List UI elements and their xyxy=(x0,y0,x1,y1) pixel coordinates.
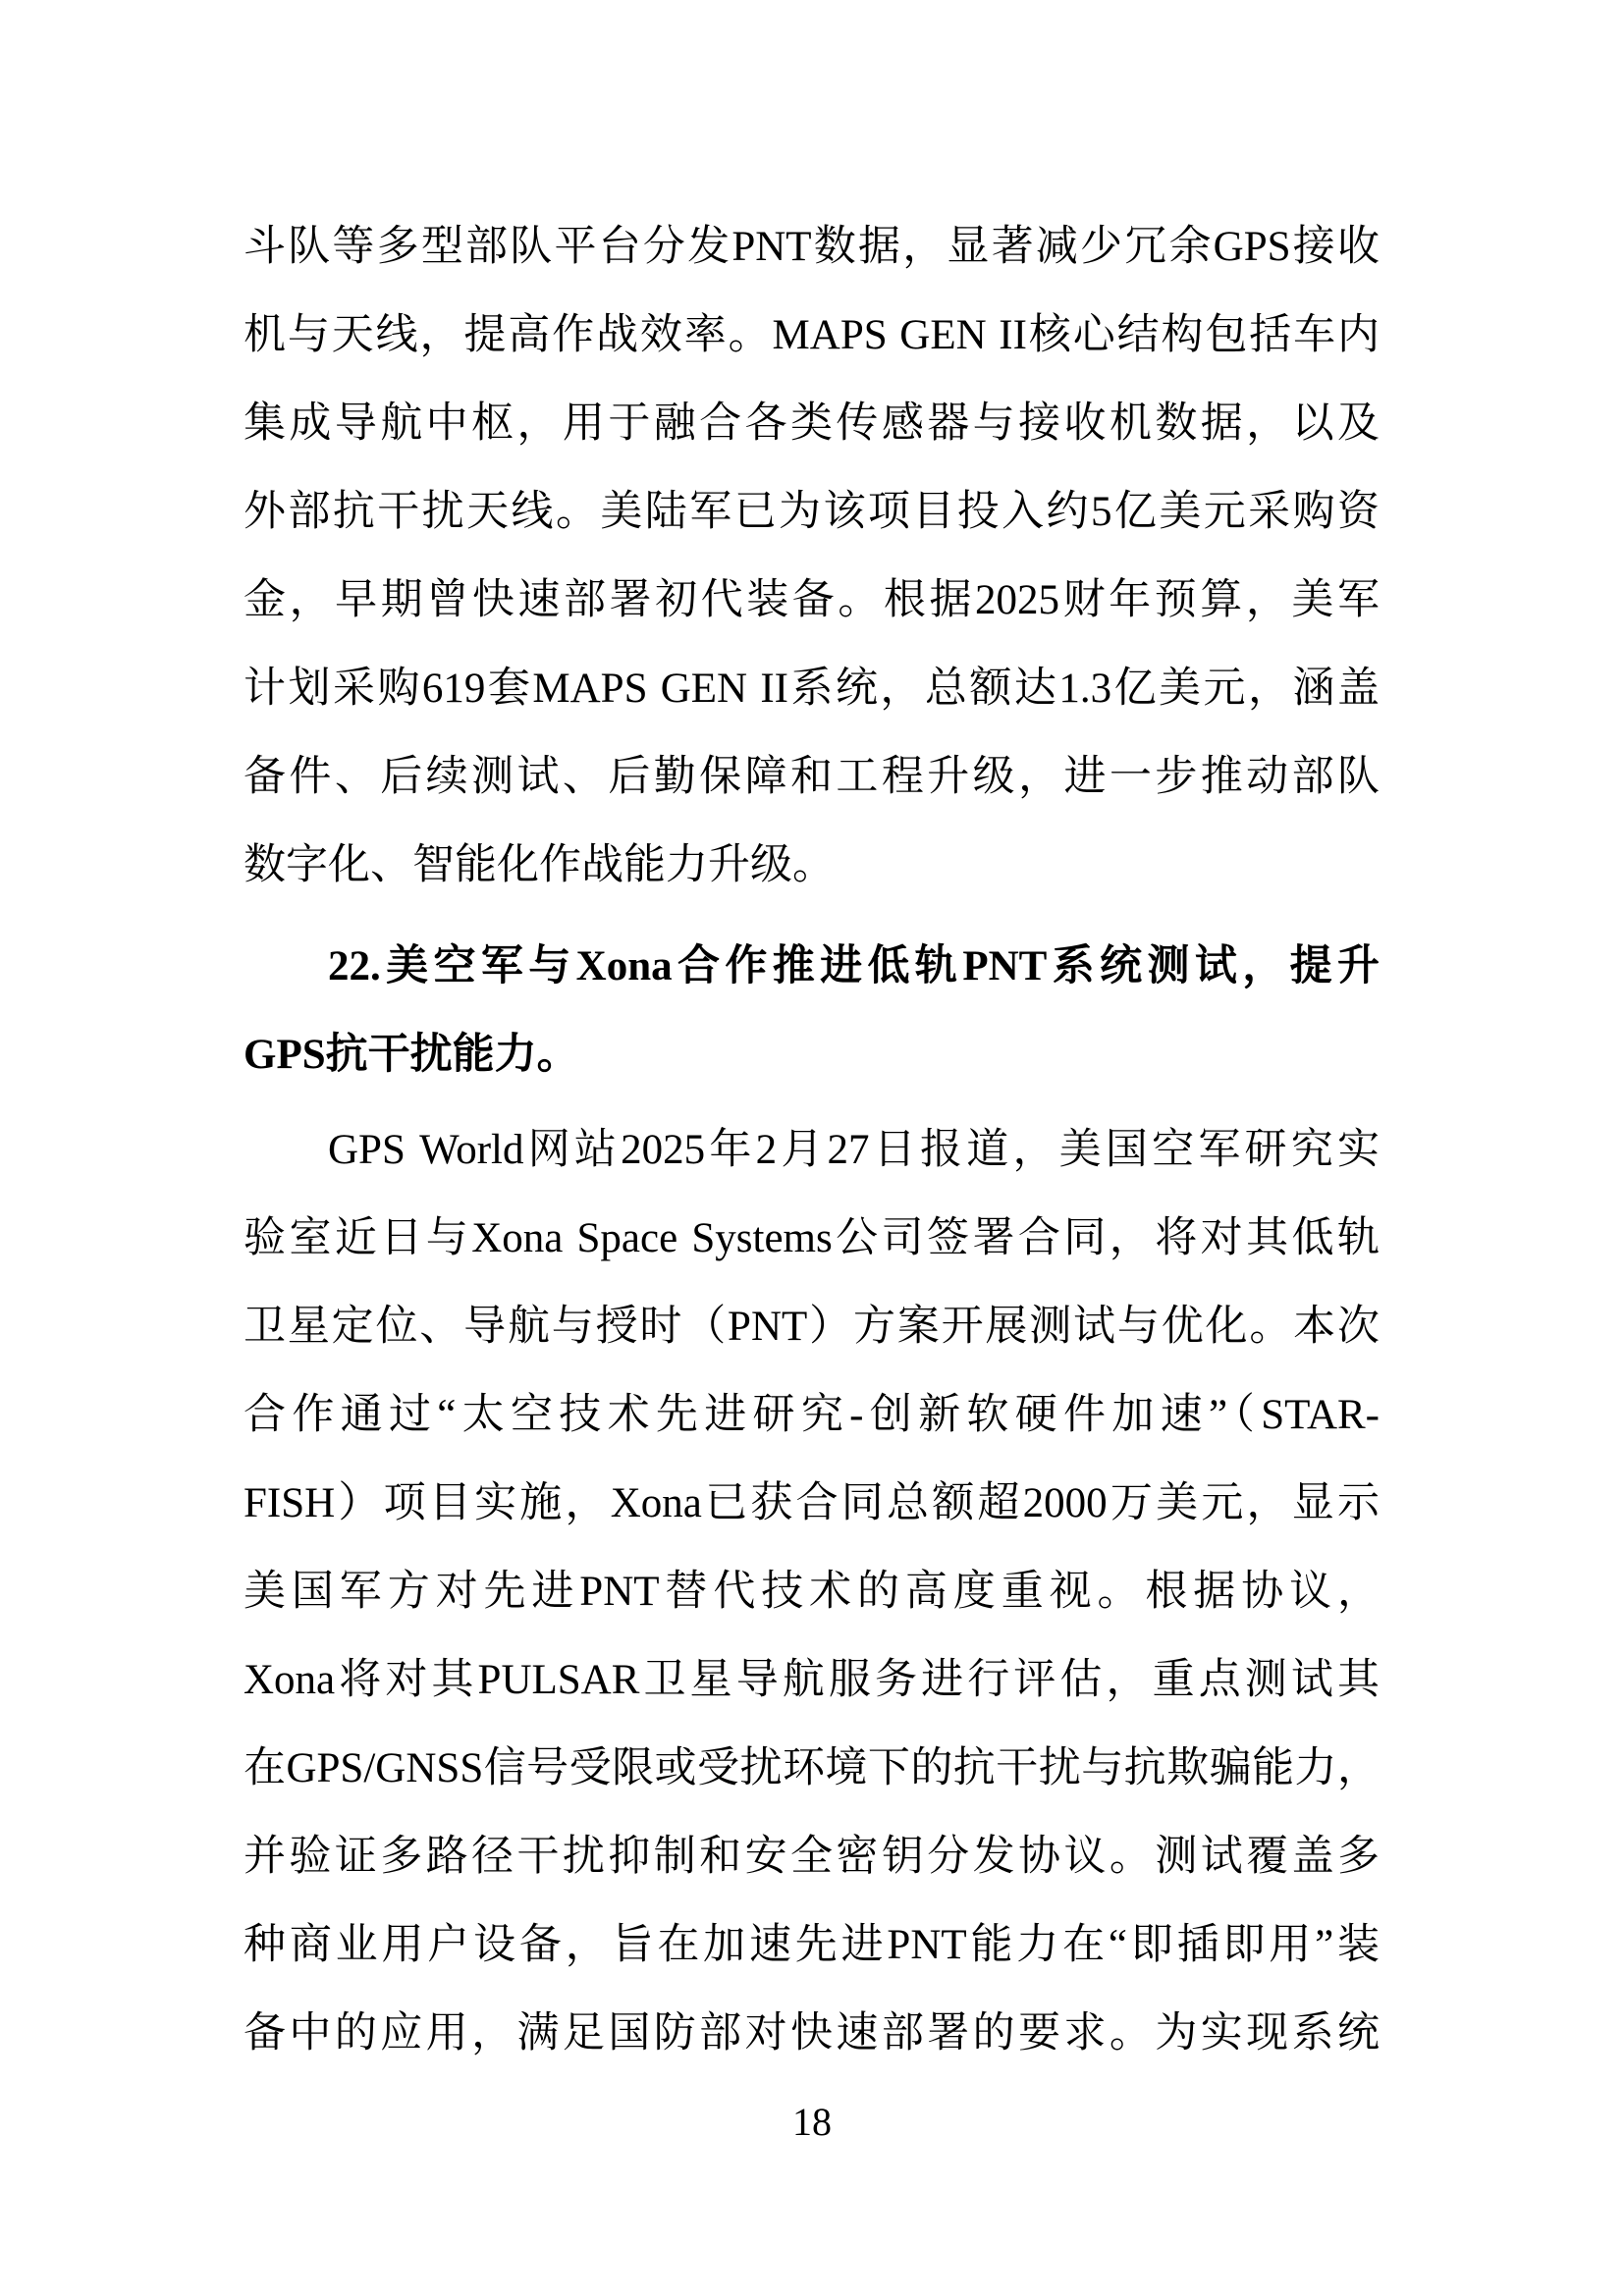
text-line: 外部抗干扰天线。美陆军已为该项目投入约5亿美元采购资 xyxy=(244,468,1380,557)
paragraph-continued: 斗队等多型部队平台分发PNT数据，显著减少冗余GPS接收 机与天线，提高作战效率… xyxy=(244,203,1380,910)
text-line: 备件、后续测试、后勤保障和工程升级，进一步推动部队 xyxy=(244,733,1380,822)
page-number: 18 xyxy=(0,2101,1624,2144)
text-line: 验室近日与Xona Space Systems公司签署合同，将对其低轨 xyxy=(244,1195,1380,1283)
text-line: 斗队等多型部队平台分发PNT数据，显著减少冗余GPS接收 xyxy=(244,203,1380,292)
heading-line: 22.美空军与Xona合作推进低轨PNT系统测试，提升 xyxy=(244,923,1380,1011)
heading-line: GPS抗干扰能力。 xyxy=(244,1011,1380,1099)
text-line: 美国军方对先进PNT替代技术的高度重视。根据协议， xyxy=(244,1548,1380,1636)
text-line: 备中的应用，满足国防部对快速部署的要求。为实现系统 xyxy=(244,1990,1380,2078)
section-heading-22: 22.美空军与Xona合作推进低轨PNT系统测试，提升 GPS抗干扰能力。 xyxy=(244,923,1380,1099)
text-line: 集成导航中枢，用于融合各类传感器与接收机数据，以及 xyxy=(244,380,1380,468)
text-line: 合作通过“太空技术先进研究-创新软硬件加速”（STAR- xyxy=(244,1371,1380,1460)
text-line: 金，早期曾快速部署初代装备。根据2025财年预算，美军 xyxy=(244,557,1380,645)
text-line: 种商业用户设备，旨在加速先进PNT能力在“即插即用”装 xyxy=(244,1901,1380,1990)
text-line: Xona将对其PULSAR卫星导航服务进行评估，重点测试其 xyxy=(244,1636,1380,1725)
document-body: 斗队等多型部队平台分发PNT数据，显著减少冗余GPS接收 机与天线，提高作战效率… xyxy=(244,203,1380,2078)
text-line: GPS World网站2025年2月27日报道，美国空军研究实 xyxy=(244,1106,1380,1195)
text-line: FISH）项目实施，Xona已获合同总额超2000万美元，显示 xyxy=(244,1460,1380,1548)
text-line: 卫星定位、导航与授时（PNT）方案开展测试与优化。本次 xyxy=(244,1283,1380,1371)
text-line: 并验证多路径干扰抑制和安全密钥分发协议。测试覆盖多 xyxy=(244,1813,1380,1901)
paragraph-body: GPS World网站2025年2月27日报道，美国空军研究实 验室近日与Xon… xyxy=(244,1106,1380,2078)
text-line: 在GPS/GNSS信号受限或受扰环境下的抗干扰与抗欺骗能力， xyxy=(244,1725,1380,1813)
text-line: 计划采购619套MAPS GEN II系统，总额达1.3亿美元，涵盖 xyxy=(244,645,1380,733)
document-page: 斗队等多型部队平台分发PNT数据，显著减少冗余GPS接收 机与天线，提高作战效率… xyxy=(0,0,1624,2296)
text-line: 数字化、智能化作战能力升级。 xyxy=(244,822,1380,910)
text-line: 机与天线，提高作战效率。MAPS GEN II核心结构包括车内 xyxy=(244,292,1380,380)
